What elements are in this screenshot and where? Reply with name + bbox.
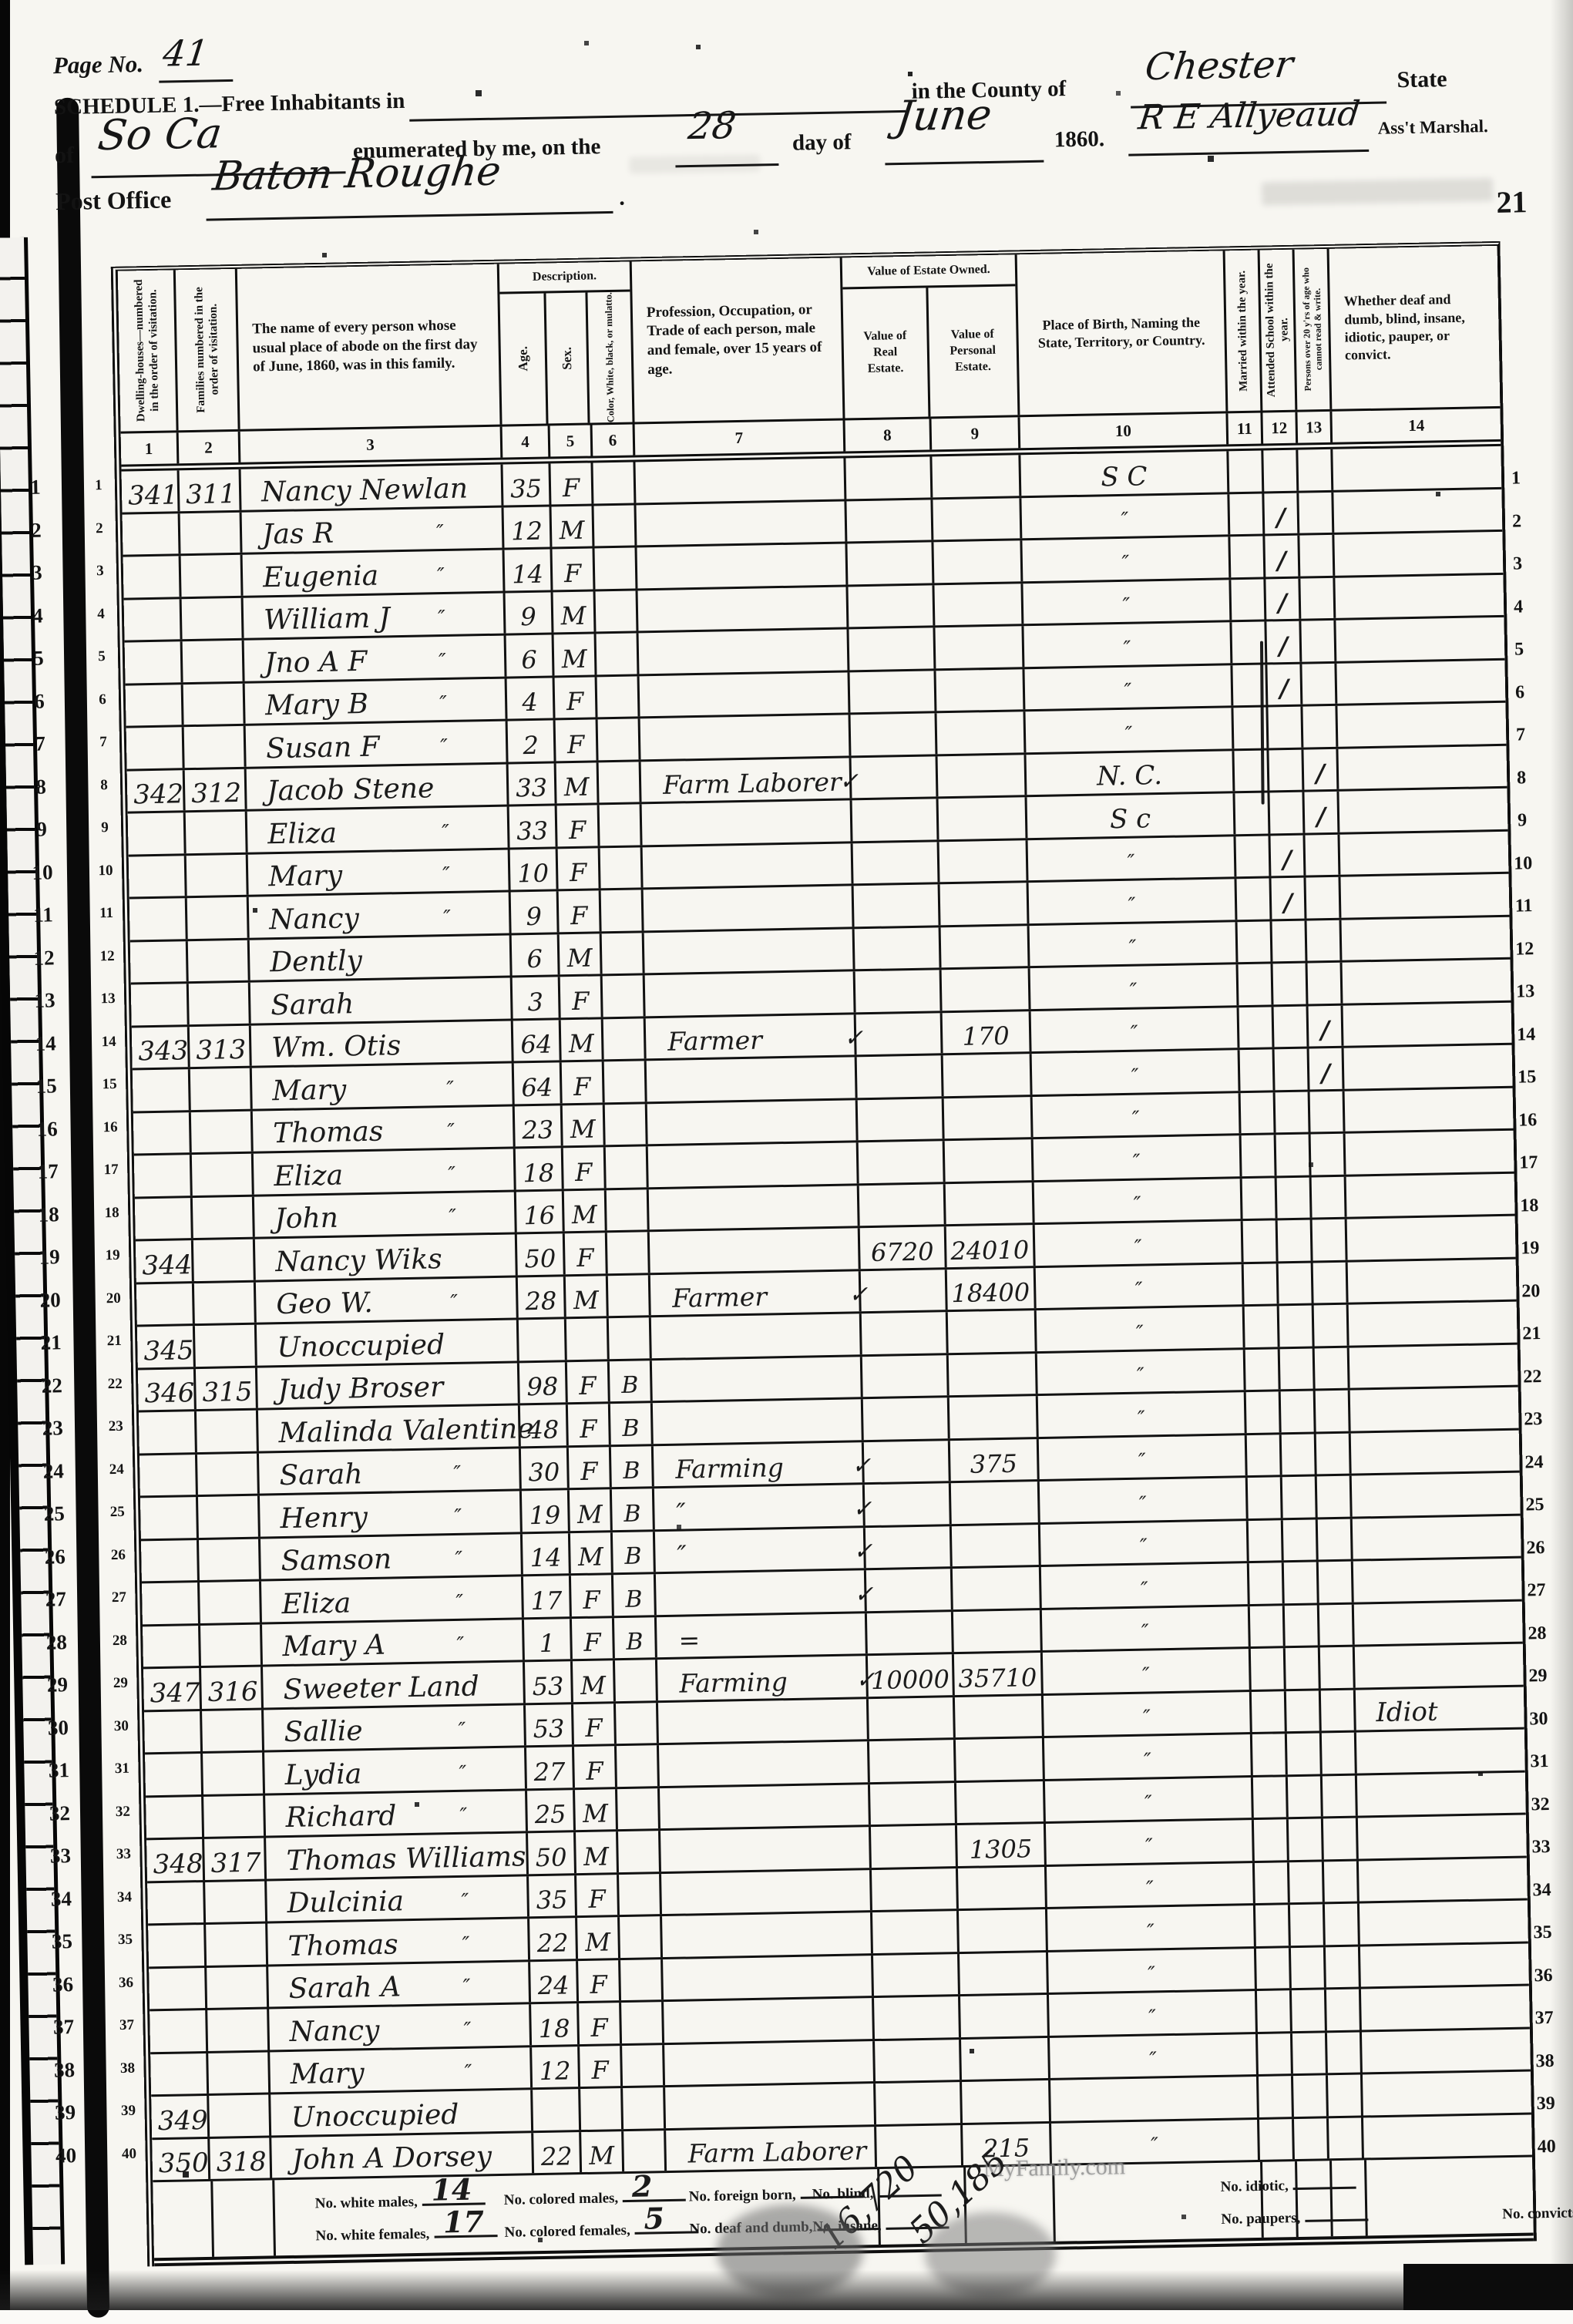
cell-remarks bbox=[1336, 617, 1504, 661]
personal-estate-value: 24010 bbox=[950, 1235, 1029, 1266]
scan-bottom-shadow bbox=[0, 2270, 1573, 2310]
name-ditto-mark: ″ bbox=[450, 1291, 458, 1314]
cell-sex: F bbox=[576, 1875, 620, 1915]
cell-name: Eugenia″ bbox=[243, 550, 506, 596]
cell-real-estate bbox=[847, 542, 934, 584]
margin-row-number: 26 bbox=[38, 1545, 72, 1569]
cell-remarks bbox=[1343, 960, 1511, 1003]
margin-row-number: 1 bbox=[88, 477, 109, 495]
cell-married bbox=[1258, 2033, 1293, 2074]
cell-color: B bbox=[613, 1574, 657, 1615]
cell-dwelling: 346 bbox=[138, 1369, 197, 1411]
margin-row-number: 37 bbox=[116, 2017, 137, 2035]
footer-field-label: No. idiotic, bbox=[1220, 2178, 1289, 2195]
cell-sex: M bbox=[573, 1660, 616, 1701]
cell-color bbox=[609, 1317, 652, 1358]
margin-row-number: 11 bbox=[26, 903, 61, 927]
birthplace-ditto-mark: ″ bbox=[1121, 551, 1129, 574]
cell-sex: F bbox=[565, 1233, 608, 1273]
col-header-school: Attended School within the year. bbox=[1260, 250, 1298, 411]
cell-name: Sarah″ bbox=[259, 1448, 522, 1494]
cell-married bbox=[1259, 2076, 1294, 2117]
age-value: 64 bbox=[520, 1030, 552, 1060]
cell-remarks bbox=[1345, 1088, 1514, 1131]
census-table: Dwelling-houses—numbered in the order of… bbox=[111, 241, 1537, 2267]
color-value: B bbox=[624, 1543, 642, 1570]
cell-color bbox=[615, 1660, 658, 1700]
margin-row-number: 31 bbox=[111, 1761, 133, 1778]
cell-family bbox=[182, 597, 244, 639]
cell-name: Eliza″ bbox=[261, 1576, 524, 1622]
cell-personal-estate bbox=[960, 1952, 1049, 1994]
cell-sex: M bbox=[564, 1190, 607, 1231]
cell-name: Nancy Wiks bbox=[255, 1234, 518, 1280]
cell-married bbox=[1248, 1477, 1283, 1518]
birthplace-ditto-mark: ″ bbox=[1144, 1749, 1151, 1772]
cell-married bbox=[1255, 1862, 1290, 1903]
cell-school bbox=[1279, 1305, 1315, 1346]
cell-married bbox=[1239, 964, 1274, 1004]
person-name: Jno A F bbox=[244, 645, 368, 679]
footer-field-label: No. paupers, bbox=[1221, 2210, 1300, 2228]
occupation-check-mark: ✓ bbox=[849, 1281, 869, 1308]
cell-sex: F bbox=[563, 1147, 607, 1188]
cannot-read-mark: / bbox=[1316, 758, 1325, 788]
margin-row-number: 18 bbox=[101, 1204, 123, 1222]
cell-color bbox=[608, 1275, 651, 1316]
sex-value: F bbox=[567, 729, 585, 758]
post-office-label: Post Office bbox=[55, 185, 172, 216]
cell-age: 17 bbox=[523, 1576, 572, 1617]
cell-married bbox=[1234, 750, 1269, 791]
cell-age: 18 bbox=[531, 2003, 580, 2045]
cell-age: 53 bbox=[525, 1661, 573, 1703]
cell-real-estate bbox=[863, 1397, 950, 1440]
cell-color: B bbox=[613, 1532, 656, 1572]
color-value: B bbox=[623, 1500, 641, 1527]
birthplace-value: S C bbox=[1101, 461, 1148, 493]
cell-school bbox=[1281, 1391, 1316, 1431]
cell-occupation: Farm Laborer✓ bbox=[641, 758, 852, 802]
sex-value: M bbox=[559, 516, 584, 546]
cell-name: Sarah bbox=[250, 977, 513, 1023]
cell-cannot-read bbox=[1319, 1604, 1355, 1645]
cell-dwelling bbox=[135, 1198, 193, 1239]
cell-birthplace: ″ bbox=[1021, 494, 1230, 538]
footer-field-label: No. foreign born, bbox=[689, 2187, 796, 2205]
cell-family bbox=[186, 812, 248, 853]
description-group-label: Description. bbox=[499, 262, 630, 294]
cell-remarks bbox=[1358, 1815, 1527, 1858]
margin-row-number: 16 bbox=[99, 1118, 121, 1136]
name-ditto-mark: ″ bbox=[464, 2061, 472, 2084]
cell-dwelling bbox=[140, 1497, 199, 1539]
rule bbox=[159, 79, 233, 83]
cell-age: 9 bbox=[506, 592, 554, 634]
name-ditto-mark: ″ bbox=[442, 863, 450, 886]
birthplace-ditto-mark: ″ bbox=[1133, 1150, 1141, 1173]
right-margin-numbers: 1234567891011121314151617181920212223242… bbox=[0, 0, 1551, 15]
cell-age: 33 bbox=[509, 763, 557, 805]
cell-sex: M bbox=[566, 1276, 609, 1317]
cell-cannot-read bbox=[1313, 1262, 1349, 1303]
cell-personal-estate bbox=[944, 1097, 1034, 1139]
age-value: 9 bbox=[526, 901, 542, 930]
dwelling-number: 346 bbox=[138, 1377, 195, 1409]
person-name: Wm. Otis bbox=[251, 1030, 402, 1064]
margin-row-number: 1 bbox=[1500, 468, 1532, 489]
cell-sex bbox=[580, 2088, 623, 2129]
birthplace-ditto-mark: ″ bbox=[1142, 1663, 1150, 1687]
cell-married bbox=[1233, 707, 1269, 748]
col-header-cannot-read: Persons over 20 y'rs of age who cannot r… bbox=[1295, 249, 1333, 410]
cell-birthplace: ″ bbox=[1040, 1521, 1249, 1565]
cell-married bbox=[1251, 1648, 1286, 1689]
family-number: 318 bbox=[210, 2147, 267, 2178]
cell-school bbox=[1284, 1562, 1319, 1603]
margin-row-number: 36 bbox=[45, 1972, 80, 1996]
cell-name: Unoccupied bbox=[271, 2090, 533, 2135]
sex-value: F bbox=[585, 1713, 603, 1742]
cell-remarks bbox=[1349, 1302, 1518, 1345]
attended-school-mark: / bbox=[1282, 845, 1292, 874]
margin-row-number: 22 bbox=[1516, 1366, 1548, 1387]
cell-real-estate bbox=[856, 1013, 943, 1055]
cell-dwelling bbox=[133, 1112, 192, 1154]
margin-row-number: 36 bbox=[115, 1974, 136, 1992]
scan-dust-specks bbox=[0, 0, 2, 2]
sex-value: F bbox=[569, 815, 587, 844]
cell-real-estate bbox=[857, 1055, 944, 1098]
birthplace-ditto-mark: ″ bbox=[1130, 979, 1138, 1002]
cell-school: / bbox=[1264, 493, 1299, 533]
cell-age: 14 bbox=[523, 1533, 571, 1575]
cell-remarks bbox=[1339, 789, 1507, 832]
name-ditto-mark: ″ bbox=[461, 1890, 469, 1913]
footer-field-label: No. white females, bbox=[315, 2226, 429, 2245]
cell-remarks bbox=[1355, 1644, 1524, 1687]
cell-dwelling: 343 bbox=[132, 1027, 190, 1068]
margin-row-number: 5 bbox=[22, 646, 56, 671]
cell-color bbox=[600, 804, 643, 845]
cell-cannot-read bbox=[1310, 1091, 1346, 1132]
birthplace-ditto-mark: ″ bbox=[1124, 722, 1132, 745]
cell-married bbox=[1240, 1049, 1276, 1090]
margin-row-number: 3 bbox=[89, 563, 111, 580]
sex-value: F bbox=[590, 2013, 608, 2042]
birthplace-ditto-mark: ″ bbox=[1136, 1321, 1144, 1344]
cell-married bbox=[1232, 621, 1267, 662]
column-number: 5 bbox=[550, 425, 593, 456]
birthplace-ditto-mark: ″ bbox=[1127, 851, 1134, 874]
cell-remarks bbox=[1338, 745, 1507, 789]
cell-personal-estate bbox=[950, 1396, 1039, 1438]
birthplace-ditto-mark: ″ bbox=[1144, 1791, 1152, 1814]
column-number: 12 bbox=[1262, 412, 1298, 444]
margin-row-number: 9 bbox=[25, 817, 59, 842]
sex-value: M bbox=[560, 601, 586, 631]
day-value: 28 bbox=[686, 104, 738, 148]
cell-dwelling bbox=[123, 556, 182, 597]
table-body: 341311Nancy Newlan35FS CJas R″12M″/Eugen… bbox=[122, 446, 1532, 2182]
cell-color bbox=[603, 975, 646, 1016]
cell-color bbox=[605, 1104, 648, 1145]
cell-age: 28 bbox=[518, 1276, 566, 1318]
cell-birthplace: ″ bbox=[1044, 1734, 1253, 1778]
age-value: 1 bbox=[539, 1629, 555, 1658]
estate-group: Value of Estate Owned.Value of Real Esta… bbox=[842, 254, 1020, 418]
age-value: 2 bbox=[523, 730, 539, 759]
age-value: 35 bbox=[510, 473, 542, 503]
person-name: Nancy bbox=[269, 2014, 379, 2048]
cell-family bbox=[202, 1710, 264, 1751]
sex-value: M bbox=[572, 1200, 597, 1230]
occupation-value: Farm Laborer bbox=[641, 767, 842, 801]
cell-personal-estate bbox=[943, 1054, 1033, 1096]
cell-sex: M bbox=[554, 634, 597, 674]
cell-sex: F bbox=[569, 1447, 612, 1488]
margin-row-number: 38 bbox=[1528, 2050, 1561, 2072]
column-title: Value of Personal Estate. bbox=[929, 324, 1017, 379]
cell-sex: F bbox=[550, 462, 593, 503]
cell-age: 23 bbox=[515, 1105, 563, 1147]
sex-value: F bbox=[573, 1071, 591, 1101]
sex-value: M bbox=[589, 2141, 614, 2171]
cell-color: B bbox=[614, 1617, 657, 1658]
cell-dwelling bbox=[129, 856, 187, 897]
cell-occupation bbox=[644, 929, 855, 973]
margin-row-number: 24 bbox=[106, 1461, 127, 1478]
cell-birthplace: ″ bbox=[1034, 1135, 1242, 1179]
cell-remarks bbox=[1349, 1344, 1518, 1387]
cell-school bbox=[1292, 1989, 1327, 2030]
person-name: Henry bbox=[260, 1502, 368, 1535]
attended-school-mark: / bbox=[1279, 674, 1289, 703]
cell-occupation bbox=[636, 501, 847, 545]
cell-color: B bbox=[611, 1446, 654, 1487]
cell-age bbox=[519, 1319, 567, 1360]
cell-color: B bbox=[612, 1488, 655, 1529]
color-value: B bbox=[621, 1372, 639, 1399]
name-ditto-mark: ″ bbox=[462, 1976, 470, 1999]
cell-remarks bbox=[1356, 1730, 1525, 1773]
footer-field: No. colored females,5 bbox=[504, 2217, 698, 2242]
cell-family bbox=[193, 1196, 255, 1238]
cell-personal-estate bbox=[934, 584, 1023, 626]
person-name: Dulcinia bbox=[267, 1885, 404, 1919]
cell-personal-estate: 170 bbox=[943, 1011, 1032, 1054]
dwelling-number: 344 bbox=[136, 1249, 193, 1281]
cell-dwelling bbox=[139, 1455, 198, 1496]
cell-age: 22 bbox=[533, 2132, 582, 2174]
cell-school: / bbox=[1265, 536, 1300, 577]
cell-name: Eliza″ bbox=[247, 807, 510, 853]
age-value: 30 bbox=[528, 1457, 560, 1487]
occupation-value: ″ bbox=[655, 1539, 687, 1570]
cell-real-estate: 6720 bbox=[860, 1226, 947, 1269]
margin-row-number: 25 bbox=[106, 1504, 128, 1522]
margin-row-number: 10 bbox=[95, 862, 116, 879]
sex-value: M bbox=[569, 1029, 594, 1059]
cell-dwelling bbox=[128, 812, 187, 854]
cell-occupation: = bbox=[657, 1613, 868, 1657]
margin-row-number: 22 bbox=[35, 1374, 69, 1398]
cell-sex: M bbox=[570, 1532, 613, 1573]
name-ditto-mark: ″ bbox=[449, 1206, 456, 1229]
birthplace-ditto-mark: ″ bbox=[1138, 1450, 1146, 1473]
cell-personal-estate bbox=[955, 1695, 1044, 1737]
cell-real-estate bbox=[854, 884, 941, 927]
margin-row-number: 17 bbox=[31, 1159, 66, 1184]
person-name: Mary bbox=[270, 2057, 365, 2090]
cell-remarks: Idiot bbox=[1356, 1687, 1524, 1730]
column-number: 10 bbox=[1020, 413, 1228, 448]
column-title: Families numbered in the order of visita… bbox=[191, 274, 222, 425]
ink-bleed-smudge bbox=[1262, 178, 1493, 205]
birthplace-ditto-mark: ″ bbox=[1143, 1706, 1151, 1729]
birthplace-ditto-mark: ″ bbox=[1138, 1407, 1145, 1430]
cell-name: Judy Broser bbox=[257, 1363, 520, 1408]
footer-field-label: No. white males, bbox=[315, 2194, 418, 2211]
person-name: Eugenia bbox=[243, 560, 379, 594]
cell-occupation bbox=[640, 715, 852, 758]
cell-birthplace: ″ bbox=[1032, 1050, 1241, 1094]
cell-age: 64 bbox=[513, 1020, 562, 1061]
age-value: 98 bbox=[526, 1371, 558, 1401]
cell-sex: M bbox=[561, 1019, 604, 1060]
cell-birthplace: ″ bbox=[1045, 1777, 1254, 1821]
margin-row-number: 17 bbox=[1512, 1152, 1544, 1174]
margin-row-number: 36 bbox=[1527, 1965, 1559, 1986]
birthplace-ditto-mark: ″ bbox=[1151, 2134, 1158, 2157]
footer-field-blank: 14 bbox=[422, 2188, 485, 2205]
cell-family bbox=[208, 2052, 271, 2094]
margin-row-number: 19 bbox=[1514, 1238, 1546, 1260]
age-value: 14 bbox=[529, 1542, 561, 1572]
age-value: 6 bbox=[521, 644, 537, 674]
person-name: Eliza bbox=[247, 817, 337, 850]
cell-sex: F bbox=[572, 1618, 615, 1659]
margin-row-number: 26 bbox=[1519, 1537, 1551, 1559]
cell-dwelling: 344 bbox=[136, 1240, 194, 1282]
cell-cannot-read bbox=[1327, 2032, 1363, 2073]
cell-personal-estate bbox=[940, 883, 1030, 925]
column-number: 7 bbox=[635, 420, 846, 455]
margin-row-number: 13 bbox=[1509, 981, 1541, 1003]
cell-remarks bbox=[1335, 574, 1504, 617]
cell-occupation bbox=[658, 1699, 869, 1743]
cell-name: Dulcinia″ bbox=[267, 1876, 529, 1922]
cell-married bbox=[1241, 1092, 1276, 1133]
footer-field-value: 17 bbox=[443, 2204, 485, 2239]
cell-birthplace: ″ bbox=[1040, 1478, 1249, 1522]
rule bbox=[207, 211, 613, 221]
birthplace-ditto-mark: ″ bbox=[1135, 1279, 1143, 1302]
margin-row-number: 27 bbox=[39, 1587, 73, 1612]
cell-real-estate bbox=[874, 1996, 961, 2039]
rule bbox=[885, 160, 1044, 166]
age-value: 12 bbox=[539, 2056, 570, 2086]
person-name: Sallie bbox=[264, 1715, 363, 1748]
year-label: 1860. bbox=[1054, 126, 1105, 153]
name-ditto-mark: ″ bbox=[462, 1932, 469, 1956]
margin-row-number: 8 bbox=[93, 776, 115, 794]
cell-family bbox=[183, 641, 245, 682]
cell-school bbox=[1286, 1647, 1321, 1688]
age-value: 12 bbox=[511, 516, 543, 547]
cell-personal-estate bbox=[932, 455, 1021, 497]
age-value: 50 bbox=[535, 1842, 566, 1872]
cell-age: 6 bbox=[512, 934, 560, 976]
cell-color bbox=[604, 1061, 647, 1101]
sex-value: M bbox=[583, 1841, 609, 1872]
cell-occupation bbox=[648, 1142, 859, 1186]
name-ditto-mark: ″ bbox=[459, 1761, 466, 1784]
cell-occupation bbox=[653, 1399, 864, 1443]
cell-real-estate bbox=[876, 2082, 963, 2124]
cell-school bbox=[1277, 1177, 1313, 1218]
sex-value: M bbox=[583, 1798, 608, 1828]
margin-row-number: 10 bbox=[25, 860, 60, 885]
cell-real-estate bbox=[855, 970, 943, 1012]
cell-sex: F bbox=[573, 1703, 617, 1744]
cell-school: / bbox=[1265, 578, 1301, 619]
cell-cannot-read bbox=[1299, 535, 1335, 576]
cell-real-estate bbox=[875, 2040, 962, 2082]
occupation-value: Farmer bbox=[646, 1025, 762, 1058]
cell-personal-estate bbox=[960, 1995, 1050, 2037]
cell-family bbox=[187, 897, 250, 939]
margin-row-number: 35 bbox=[114, 1932, 136, 1949]
cell-birthplace: ″ bbox=[1024, 665, 1233, 709]
footer-field-label: No. colored females, bbox=[504, 2222, 630, 2241]
footer-vertical-line bbox=[210, 2181, 214, 2257]
column-title: Whether deaf and dumb, blind, insane, id… bbox=[1330, 287, 1500, 368]
birthplace-ditto-mark: ″ bbox=[1128, 893, 1135, 916]
cell-family bbox=[206, 1923, 268, 1965]
cell-color bbox=[618, 1831, 661, 1872]
cell-married bbox=[1238, 921, 1273, 962]
cell-married bbox=[1253, 1777, 1289, 1818]
left-margin-numbers-outer: 1234567891011121314151617181920212223242… bbox=[0, 0, 1551, 15]
cell-occupation bbox=[662, 1912, 873, 1956]
census-sheet: Page No. 41 SCHEDULE 1.—Free Inhabitants… bbox=[0, 0, 1573, 2310]
cell-personal-estate bbox=[941, 926, 1030, 968]
dwelling-number: 348 bbox=[146, 1848, 203, 1880]
margin-row-number: 21 bbox=[34, 1330, 69, 1355]
margin-row-number: 33 bbox=[43, 1844, 78, 1868]
sex-value: F bbox=[591, 2055, 609, 2084]
name-ditto-mark: ″ bbox=[456, 1633, 464, 1656]
col-header-occupation: Profession, Occupation, or Trade of each… bbox=[632, 257, 845, 422]
cell-occupation bbox=[664, 1998, 875, 2042]
cell-name: Mary B″ bbox=[245, 678, 508, 724]
cell-remarks bbox=[1351, 1430, 1520, 1473]
cell-family bbox=[203, 1753, 265, 1794]
sex-value: F bbox=[580, 1414, 597, 1443]
cell-age: 53 bbox=[526, 1704, 574, 1746]
cell-remarks bbox=[1343, 1002, 1512, 1045]
person-name: Eliza bbox=[261, 1587, 351, 1620]
cell-school bbox=[1289, 1818, 1324, 1859]
cell-married bbox=[1254, 1819, 1289, 1860]
cell-remarks bbox=[1336, 660, 1505, 703]
margin-row-number: 25 bbox=[1518, 1495, 1551, 1516]
margin-row-number: 12 bbox=[1508, 939, 1541, 960]
cell-personal-estate bbox=[945, 1139, 1034, 1182]
cell-cannot-read bbox=[1300, 577, 1336, 618]
cell-married bbox=[1243, 1220, 1279, 1261]
